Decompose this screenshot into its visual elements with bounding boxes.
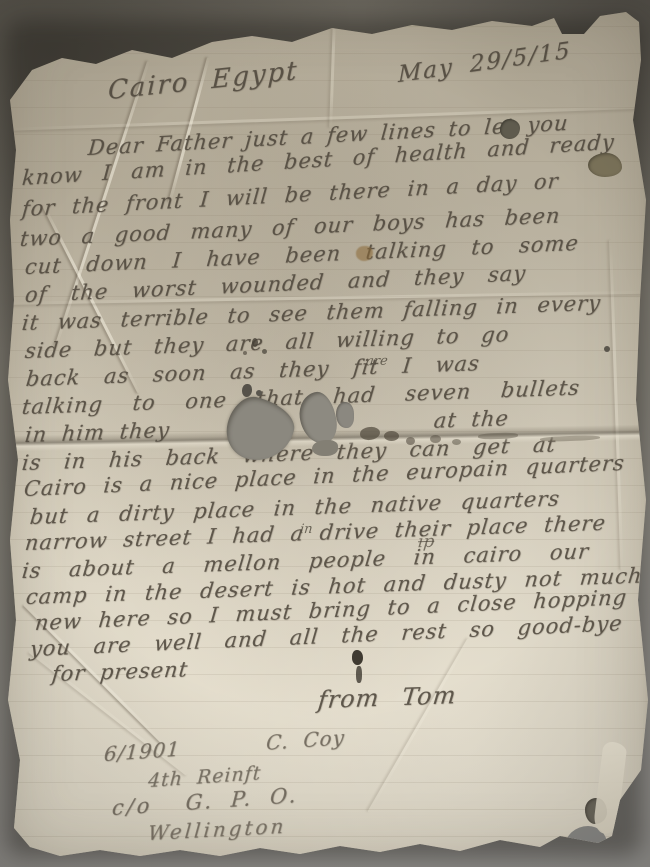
letter-paper: Cairo Egypt May 29/5/15 Dear Father just… [0, 0, 650, 867]
letter-place: Cairo Egypt [107, 56, 298, 106]
struck-out-word: ip [417, 532, 435, 553]
letter-signature: from Tom [317, 681, 458, 714]
letter-body-line: for present [51, 657, 190, 686]
address-line: Wellington [147, 814, 288, 845]
inserted-word-are: are [365, 354, 388, 370]
letter-date: May 29/5/15 [398, 37, 572, 88]
inserted-word-in: in [299, 522, 313, 538]
photo-of-letter: Cairo Egypt May 29/5/15 Dear Father just… [0, 0, 650, 867]
address-line: 6/1901 C. Coy [103, 725, 346, 766]
